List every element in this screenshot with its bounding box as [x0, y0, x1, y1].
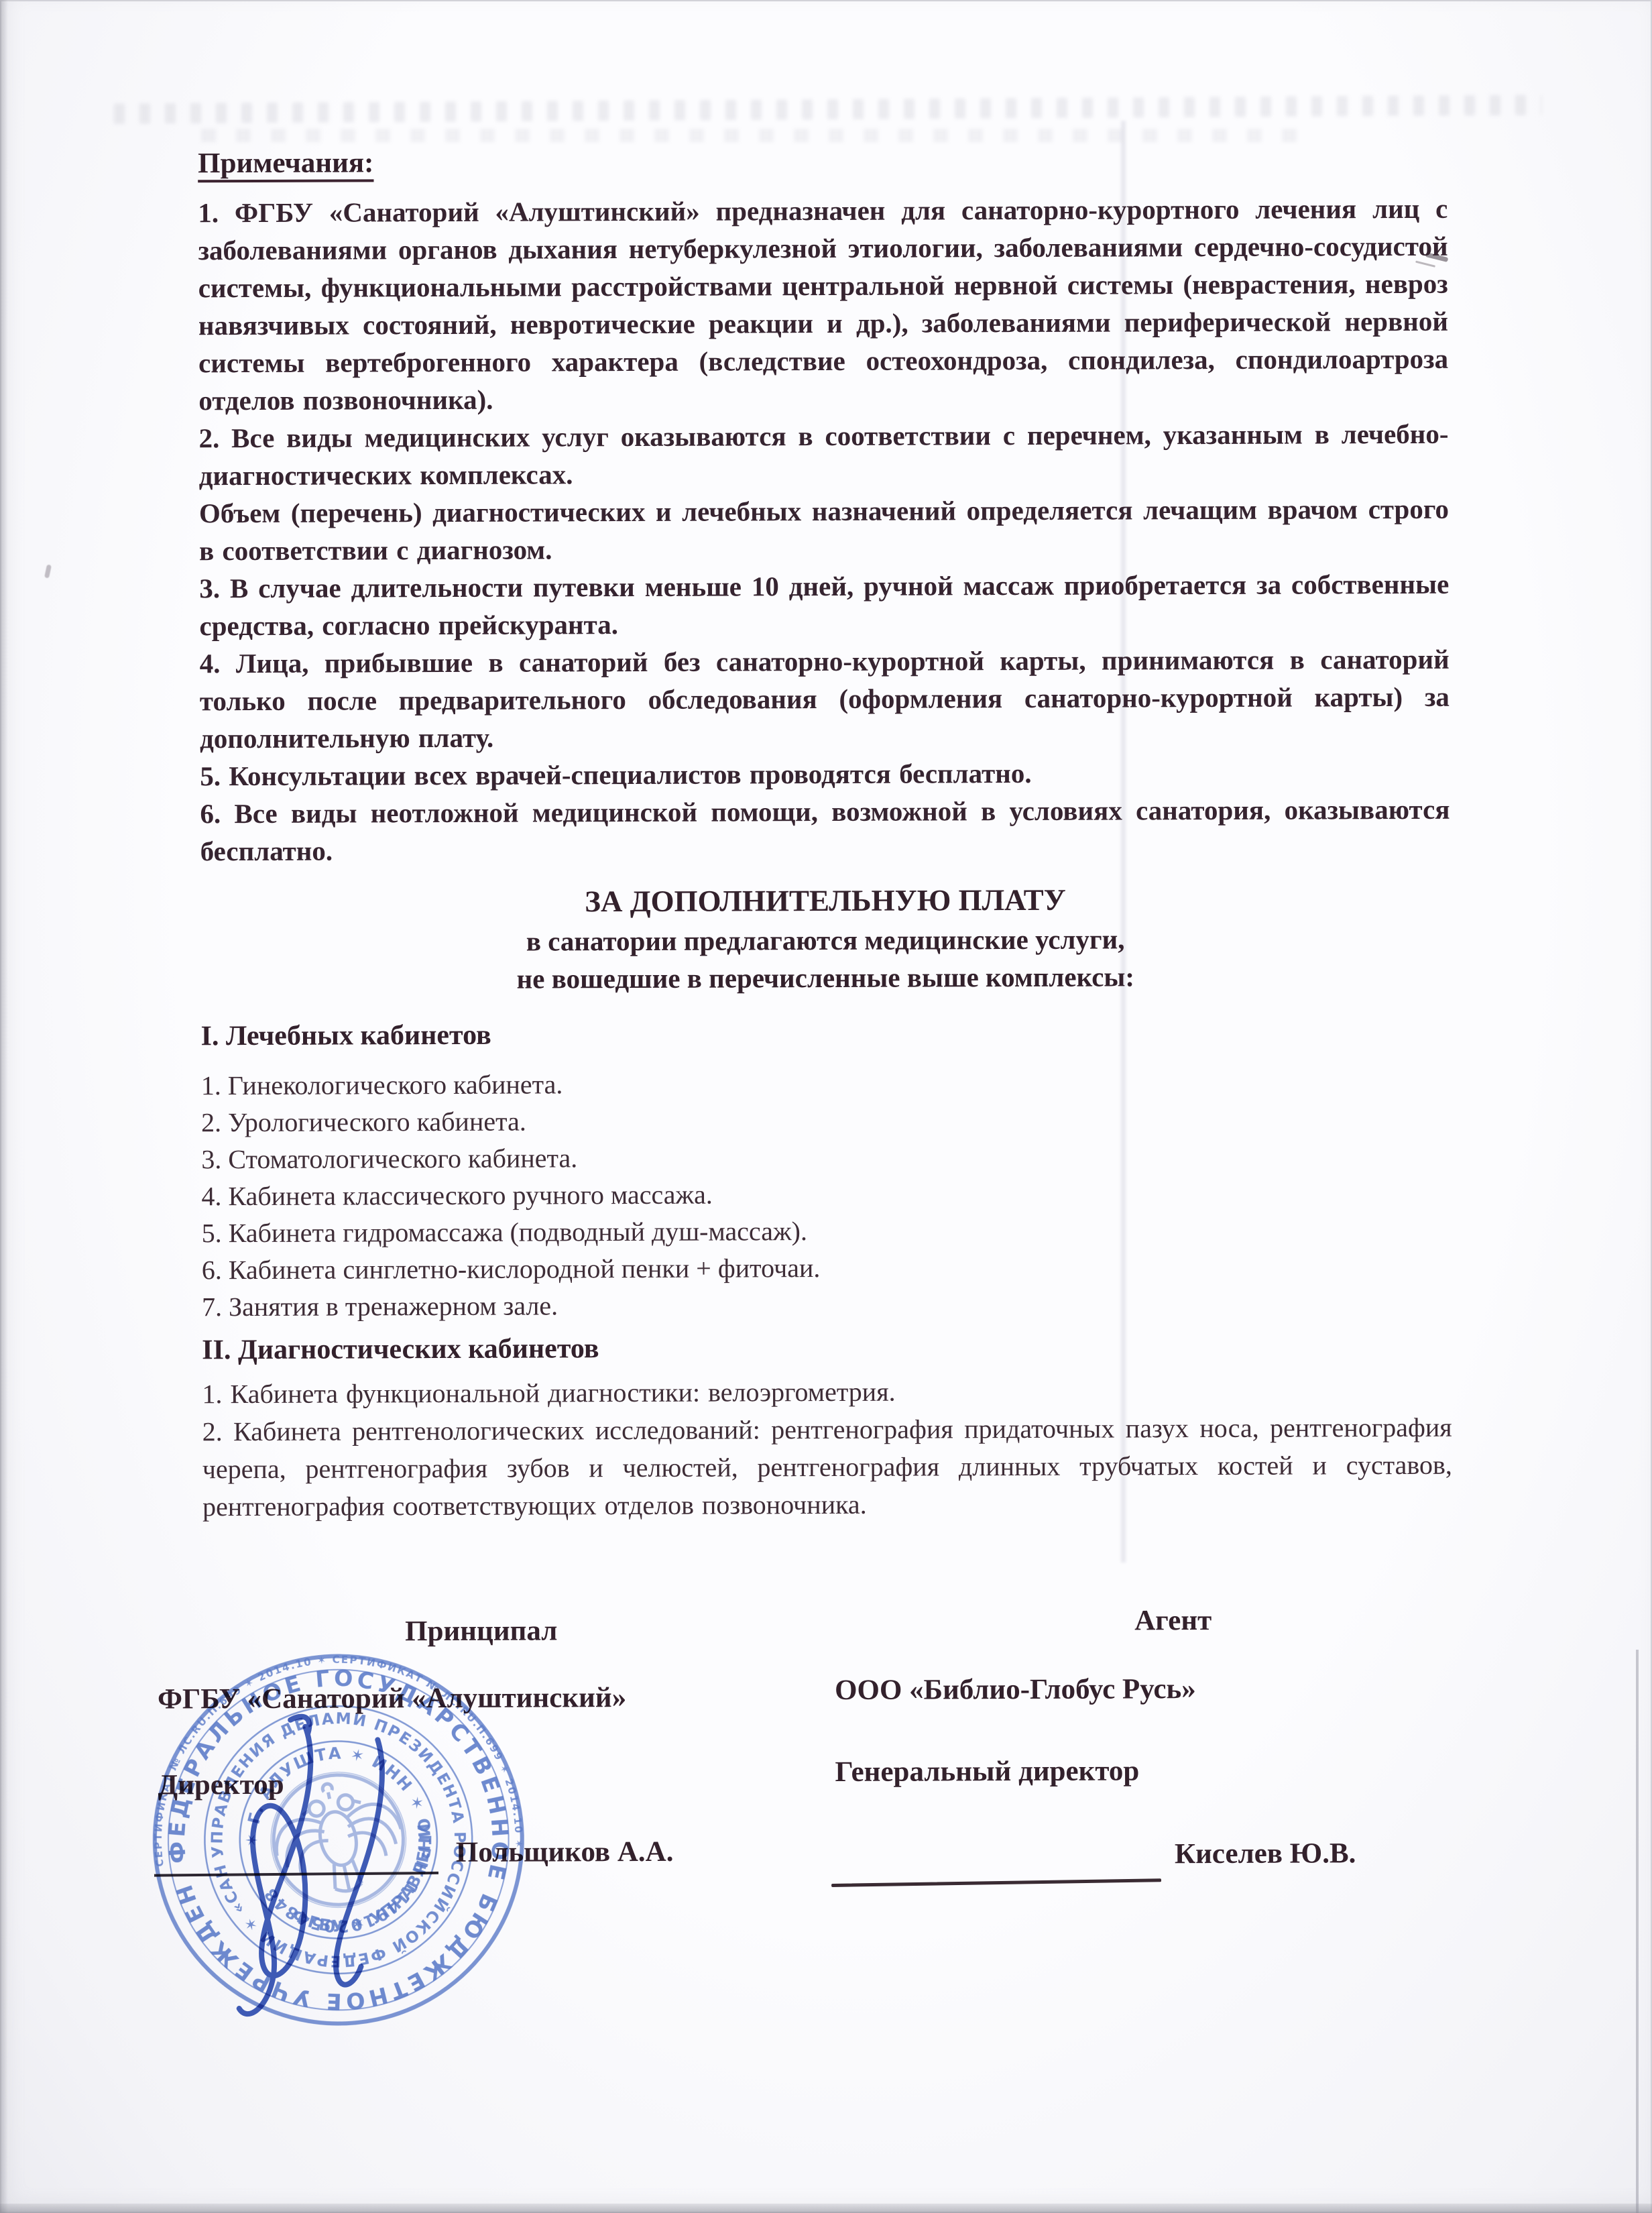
- note-paragraph-6: 6. Все виды неотложной медицинской помощ…: [200, 791, 1450, 870]
- note-paragraph-2b: Объем (перечень) диагностических и лечеб…: [199, 490, 1449, 570]
- treatment-rooms-list: 1. Гинекологического кабинета. 2. Уролог…: [201, 1065, 821, 1325]
- agent-position-label: Генеральный директор: [835, 1754, 1139, 1789]
- list-item: 1. Кабинета функциональной диагностики: …: [202, 1371, 1452, 1414]
- list-item: 2. Урологического кабинета.: [201, 1102, 820, 1141]
- scanned-document-page: Примечания: 1. ФГБУ «Санаторий «Алуштинс…: [0, 0, 1652, 2213]
- note-paragraph-1: 1. ФГБУ «Санаторий «Алуштинский» предназ…: [198, 190, 1448, 420]
- agent-signature-line: [831, 1878, 1161, 1887]
- diagnostic-rooms-list: 1. Кабинета функциональной диагностики: …: [202, 1371, 1452, 1526]
- paid-services-subtitle-1: в санатории предлагаются медицинские усл…: [200, 919, 1450, 962]
- agent-org-name: ООО «Библио-Глобус Русь»: [835, 1672, 1196, 1707]
- list-item: 1. Гинекологического кабинета.: [201, 1065, 820, 1104]
- agent-signer-name: Киселев Ю.В.: [1175, 1837, 1356, 1870]
- agent-role-label: Агент: [1063, 1604, 1284, 1638]
- list-item: 3. Стоматологического кабинета.: [201, 1139, 820, 1178]
- paid-services-subtitle-2: не вошедшие в перечисленные выше комплек…: [200, 957, 1450, 999]
- section-1-title: I. Лечебных кабинетов: [201, 1019, 491, 1053]
- notes-block: 1. ФГБУ «Санаторий «Алуштинский» предназ…: [198, 190, 1450, 870]
- list-item: 2. Кабинета рентгенологических исследова…: [202, 1409, 1453, 1526]
- note-paragraph-5: 5. Консультации всех врачей-специалистов…: [200, 753, 1450, 795]
- paid-services-heading-block: ЗА ДОПОЛНИТЕЛЬНУЮ ПЛАТУ в санатории пред…: [200, 878, 1451, 999]
- list-item: 4. Кабинета классического ручного массаж…: [201, 1176, 820, 1214]
- note-paragraph-4: 4. Лица, прибывшие в санаторий без санат…: [200, 640, 1450, 758]
- handwritten-signature: [203, 1691, 432, 2041]
- paid-services-title: ЗА ДОПОЛНИТЕЛЬНУЮ ПЛАТУ: [200, 878, 1450, 924]
- list-item: 7. Занятия в тренажерном зале.: [202, 1286, 821, 1325]
- note-paragraph-3: 3. В случае длительности путевки меньше …: [199, 565, 1449, 645]
- section-2-title: II. Диагностических кабинетов: [202, 1332, 599, 1366]
- document-content: Примечания: 1. ФГБУ «Санаторий «Алуштинс…: [0, 0, 1652, 2213]
- list-item: 5. Кабинета гидромассажа (подводный душ-…: [202, 1212, 821, 1251]
- note-paragraph-2: 2. Все виды медицинских услуг оказываютс…: [198, 415, 1448, 495]
- list-item: 6. Кабинета синглетно-кислородной пенки …: [202, 1249, 821, 1288]
- notes-heading: Примечания:: [198, 146, 373, 180]
